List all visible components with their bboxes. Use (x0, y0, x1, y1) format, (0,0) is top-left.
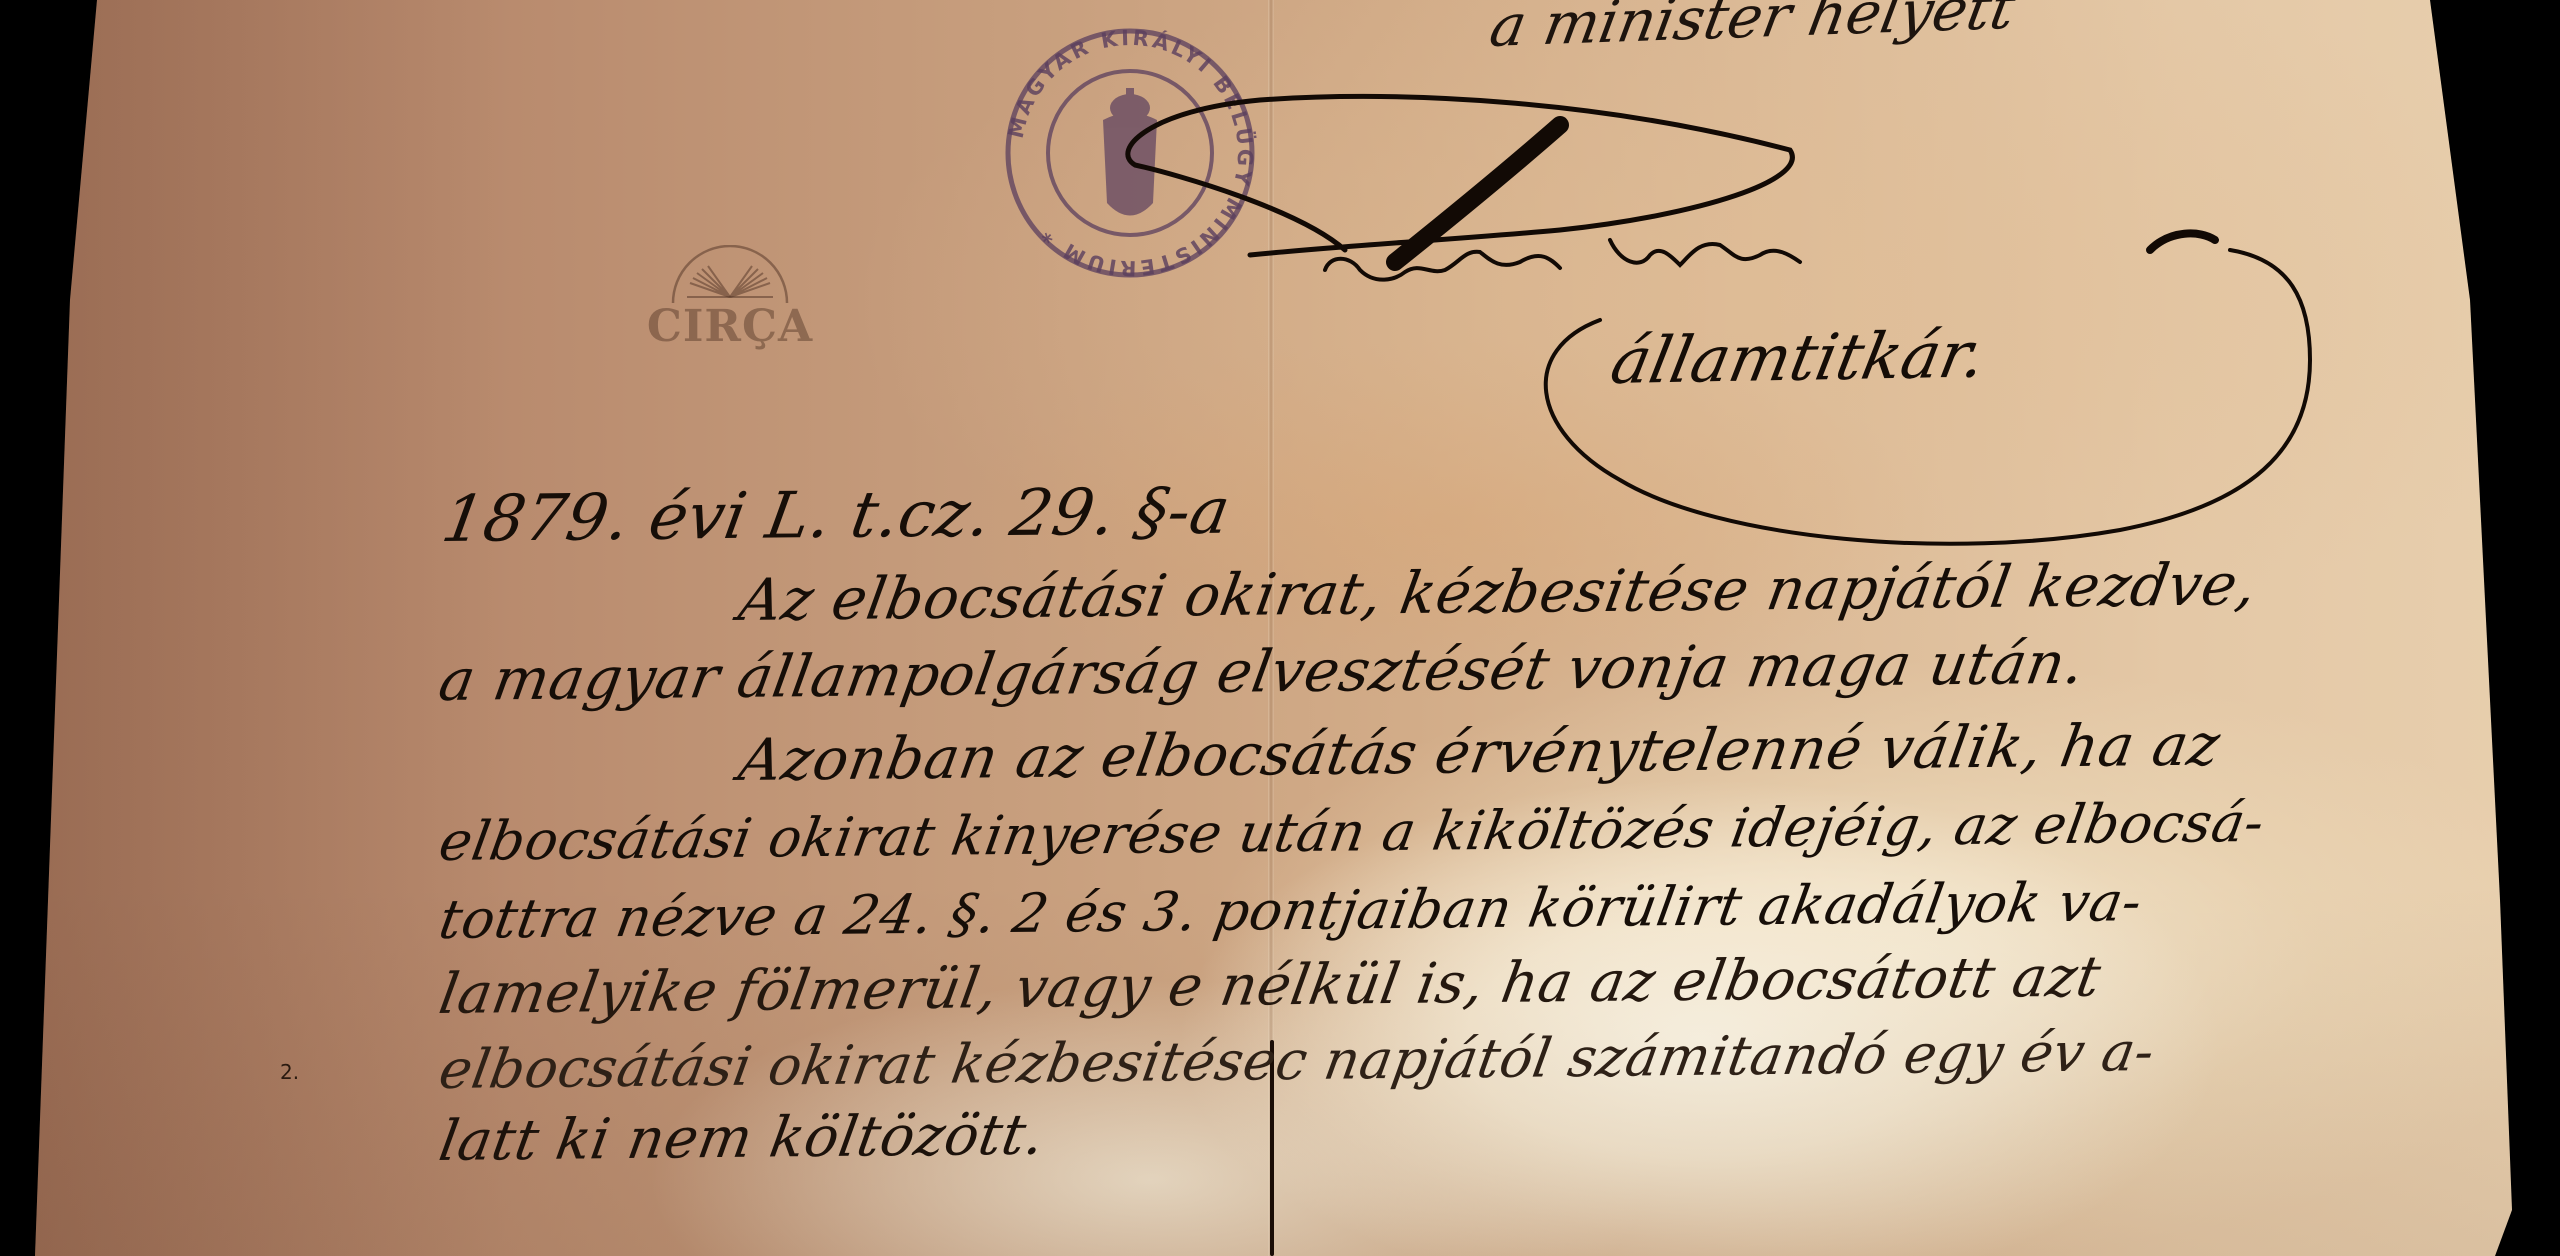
paragraph-1-line-1: Az elbocsátási okirat, kézbesitése napjá… (735, 554, 2261, 630)
document-body: 1879. évi L. t.cz. 29. §-a Az elbocsátás… (0, 0, 2560, 1256)
paragraph-2-line-1: Azonban az elbocsátás érvénytelenné váli… (735, 715, 2224, 790)
paragraph-2-line-4: lamelyike fölmerül, vagy e nélkül is, ha… (435, 948, 2105, 1025)
paragraph-1-line-2: a magyar állampolgárság elvesztését vonj… (435, 633, 2089, 710)
paragraph-2-line-6: latt ki nem költözött. (435, 1106, 1049, 1172)
paragraph-2-line-2: elbocsátási okirat kinyerése után a kikö… (435, 793, 2269, 872)
paragraph-2-line-3: tottra nézve a 24. §. 2 és 3. pontjaiban… (435, 872, 2146, 950)
paragraph-2-line-5: elbocsátási okirat kézbesitésec napjától… (435, 1022, 2159, 1100)
law-citation: 1879. évi L. t.cz. 29. §-a (438, 482, 1234, 550)
margin-mark: 2. (280, 1060, 299, 1084)
document-photo: MAGYAR KIRÁLYI BELÜGY MINISTERIUM * CIRÇ… (0, 0, 2560, 1256)
